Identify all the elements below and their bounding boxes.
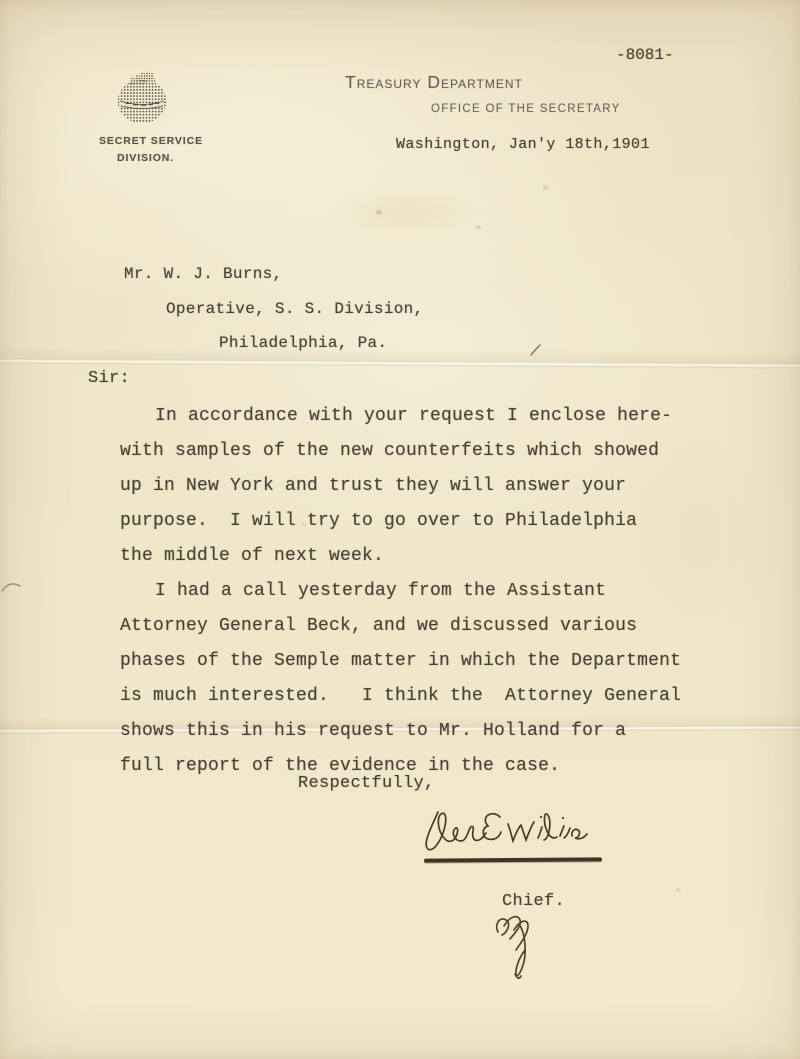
fold-crease-line <box>0 358 800 368</box>
body-line: full report of the evidence in the case. <box>120 756 560 776</box>
salutation: Sir: <box>88 369 130 388</box>
body-line: is much interested. I think the Attorney… <box>120 686 681 706</box>
letter-page: -8081- Treasury Department OFFICE OF THE… <box>0 0 800 1059</box>
division-label-line2: DIVISION. <box>117 152 174 164</box>
body-line: up in New York and trust they will answe… <box>120 476 626 496</box>
secret-service-seal-icon <box>111 70 173 130</box>
body-line: I had a call yesterday from the Assistan… <box>155 581 606 601</box>
letterhead-department: Treasury Department <box>345 72 523 93</box>
margin-pen-mark-icon <box>0 578 22 596</box>
body-line: In accordance with your request I enclos… <box>155 406 672 426</box>
body-line: Attorney General Beck, and we discussed … <box>120 616 637 636</box>
paper-stain <box>330 185 480 240</box>
handwritten-initials-icon <box>486 906 544 984</box>
fold-crease-shadow <box>0 346 800 365</box>
recipient-name: Mr. W. J. Burns, <box>124 265 282 283</box>
body-line: shows this in his request to Mr. Holland… <box>120 721 626 741</box>
body-line: the middle of next week. <box>120 546 384 566</box>
paper-stain <box>620 430 780 650</box>
recipient-title: Operative, S. S. Division, <box>166 300 423 318</box>
body-line: with samples of the new counterfeits whi… <box>120 441 659 461</box>
body-line: phases of the Semple matter in which the… <box>120 651 681 671</box>
file-number: -8081- <box>616 46 674 64</box>
paper-speck <box>543 185 548 190</box>
paper-speck <box>676 888 681 892</box>
paper-speck <box>476 225 481 229</box>
place-and-date: Washington, Jan'y 18th,1901 <box>396 136 650 153</box>
signature-john-e-wilkie-icon <box>416 800 616 864</box>
pen-tick-mark-icon <box>527 343 543 358</box>
recipient-city: Philadelphia, Pa. <box>219 334 387 352</box>
paper-speck <box>376 210 382 215</box>
division-label-line1: SECRET SERVICE <box>99 135 203 147</box>
letterhead-office: OFFICE OF THE SECRETARY <box>431 103 621 115</box>
body-line: purpose. I will try to go over to Philad… <box>120 511 637 531</box>
closing: Respectfully, <box>298 774 435 793</box>
